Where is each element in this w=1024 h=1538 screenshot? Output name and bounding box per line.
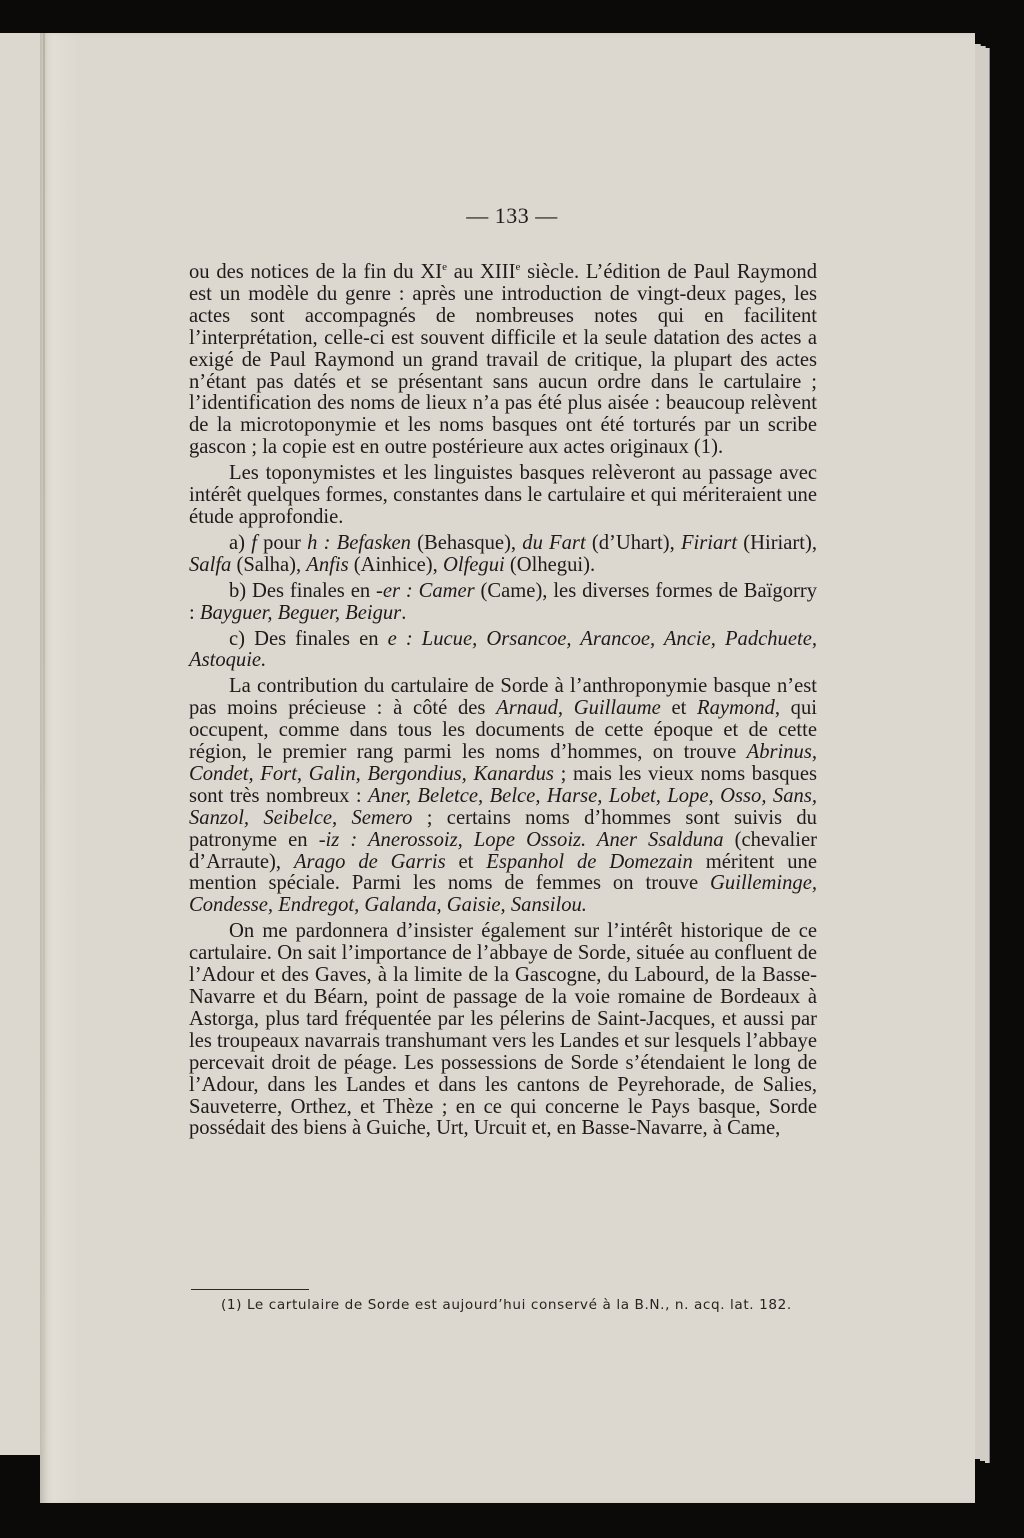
paragraph: c) Des finales en e : Lucue, Orsancoe, A… [189,629,817,673]
text-run: (Salha), [231,554,306,576]
text-run: (Ainhice), [349,554,443,576]
text-run: au XIII [447,261,515,283]
text-run: On me pardonnera d’insister également su… [189,920,817,1139]
italic-term: du Fart [522,532,585,554]
italic-term: Bayguer, Beguer, Beigur [200,602,401,624]
text-run: . [401,602,406,624]
italic-term: Salfa [189,554,231,576]
footnote-separator [191,1289,309,1290]
footnote: (1) Le cartulaire de Sorde est aujourd’h… [221,1297,841,1313]
text-run: c) Des finales en [229,628,388,650]
text-run: b) Des finales en [229,580,376,602]
italic-term: -iz : Anerossoiz, Lope Ossoiz. Aner Ssal… [319,829,724,851]
text-run: (Behasque), [411,532,522,554]
paragraph: On me pardonnera d’insister également su… [189,921,817,1140]
text-run: (d’Uhart), [586,532,681,554]
text-run: siècle. L’édition de Paul Raymond est un… [189,261,817,458]
body-text: ou des notices de la fin du XIe au XIIIe… [189,262,817,1140]
italic-term: h : Befasken [307,532,411,554]
paragraph: b) Des finales en -er : Camer (Came), le… [189,581,817,625]
text-run: (Olhegui). [505,554,595,576]
italic-term: Espanhol de Domezain [486,851,693,873]
italic-term: Arago de Garris [294,851,446,873]
text-run: (Hiriart), [737,532,817,554]
italic-term: Firiart [681,532,737,554]
text-run: a) [229,532,251,554]
text-run: ou des notices de la fin du XI [189,261,442,283]
italic-term: Raymond [697,697,775,719]
text-run: pour [257,532,307,554]
italic-term: Olfegui [443,554,505,576]
text-run: et [661,697,697,719]
italic-term: Arnaud, Guillaume [496,697,661,719]
italic-term: Anfis [306,554,348,576]
paragraph: La contribution du cartulaire de Sorde à… [189,676,817,917]
page-stack-edge [985,48,990,1463]
paragraph: ou des notices de la fin du XIe au XIIIe… [189,262,817,459]
text-run: et [446,851,487,873]
text-run: Les toponymistes et les linguistes basqu… [189,462,817,528]
paragraph: Les toponymistes et les linguistes basqu… [189,463,817,529]
italic-term: -er : Camer [376,580,475,602]
gutter-fold [43,33,45,1453]
paragraph: a) f pour h : Befasken (Behasque), du Fa… [189,533,817,577]
page-number: — 133 — [0,203,1024,229]
